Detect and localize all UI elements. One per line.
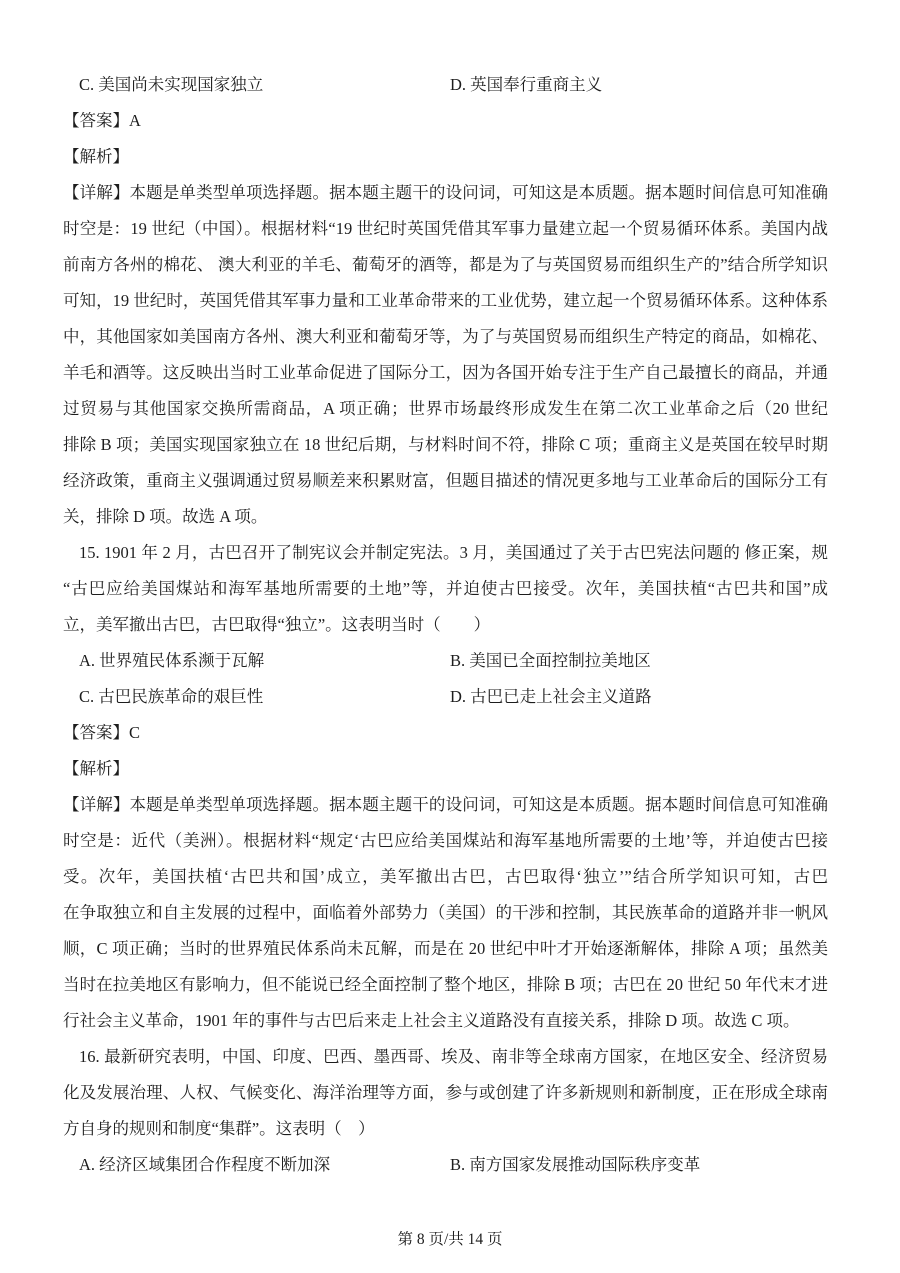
- question-14-detail-line: 前南方各州的棉花、 澳大利亚的羊毛、葡萄牙的酒等，都是为了与英国贸易而组织生产的…: [63, 247, 828, 283]
- question-16-option-a: A. 经济区域集团合作程度不断加深: [79, 1155, 330, 1174]
- question-15-detail-line: 行社会主义革命，1901 年的事件与古巴后来走上社会主义道路没有直接关系，排除 …: [63, 1003, 828, 1039]
- question-14-detail-line: 羊毛和酒等。这反映出当时工业革命促进了国际分工，因为各国开始专注于生产自己最擅长…: [63, 355, 828, 391]
- document-page: C. 美国尚未实现国家独立 D. 英国奉行重商主义 【答案】A 【解析】 【详解…: [0, 0, 900, 1273]
- question-14-detail-line: 中，其他国家如美国南方各州、澳大利亚和葡萄牙等，为了与英国贸易而组织生产特定的商…: [63, 319, 828, 355]
- question-15-options-row-1: A. 世界殖民体系濒于瓦解 B. 美国已全面控制拉美地区: [63, 643, 828, 679]
- question-14-analysis-label: 【解析】: [63, 139, 828, 175]
- question-16-options-row: A. 经济区域集团合作程度不断加深 B. 南方国家发展推动国际秩序变革: [63, 1147, 828, 1183]
- question-14-option-d: D. 英国奉行重商主义: [450, 67, 602, 103]
- answer-label: 【答案】: [63, 111, 129, 130]
- question-15-option-a: A. 世界殖民体系濒于瓦解: [79, 651, 264, 670]
- question-14-detail-line: 排除 B 项；美国实现国家独立在 18 世纪后期，与材料时间不符，排除 C 项；…: [63, 427, 828, 463]
- question-15-option-b: B. 美国已全面控制拉美地区: [450, 643, 651, 679]
- question-15-analysis-label: 【解析】: [63, 751, 828, 787]
- question-15-detail-line: 受。次年，美国扶植‘古巴共和国’成立，美军撤出古巴，古巴取得‘独立’”结合所学知…: [63, 859, 828, 895]
- question-14-detail-line: 关，排除 D 项。故选 A 项。: [63, 499, 828, 535]
- page-footer: 第 8 页/共 14 页: [0, 1229, 900, 1251]
- question-15-detail-line: 当时在拉美地区有影响力，但不能说已经全面控制了整个地区，排除 B 项；古巴在 2…: [63, 967, 828, 1003]
- question-15-option-c: C. 古巴民族革命的艰巨性: [79, 687, 263, 706]
- question-16-stem-line: 16. 最新研究表明，中国、印度、巴西、墨西哥、埃及、南非等全球南方国家，在地区…: [63, 1039, 828, 1075]
- question-15-detail-line: 顺，C 项正确；当时的世界殖民体系尚未瓦解，而是在 20 世纪中叶才开始逐渐解体…: [63, 931, 828, 967]
- question-15-stem-line: 立，美军撤出古巴，古巴取得“独立”。这表明当时（ ）: [63, 607, 828, 643]
- question-16-stem-line: 化及发展治理、人权、气候变化、海洋治理等方面，参与或创建了许多新规则和新制度，正…: [63, 1075, 828, 1111]
- answer-value: C: [129, 723, 140, 742]
- question-15-stem-line: “古巴应给美国煤站和海军基地所需要的土地”等，并迫使古巴接受。次年，美国扶植“古…: [63, 571, 828, 607]
- answer-label: 【答案】: [63, 723, 129, 742]
- question-14-detail-line: 过贸易与其他国家交换所需商品，A 项正确；世界市场最终形成发生在第二次工业革命之…: [63, 391, 828, 427]
- question-15-option-d: D. 古巴已走上社会主义道路: [450, 679, 652, 715]
- page-content: C. 美国尚未实现国家独立 D. 英国奉行重商主义 【答案】A 【解析】 【详解…: [0, 0, 900, 1183]
- answer-value: A: [129, 111, 141, 130]
- question-14-detail-line: 经济政策，重商主义强调通过贸易顺差来积累财富，但题目描述的情况更多地与工业革命后…: [63, 463, 828, 499]
- question-14-detail-line: 【详解】本题是单类型单项选择题。据本题主题干的设问词，可知这是本质题。据本题时间…: [63, 175, 828, 211]
- page-number-indicator: 第 8 页/共 14 页: [397, 1231, 502, 1248]
- question-14-options-row: C. 美国尚未实现国家独立 D. 英国奉行重商主义: [63, 67, 828, 103]
- question-14-answer: 【答案】A: [63, 103, 828, 139]
- question-15-detail-line: 时空是：近代（美洲）。根据材料“规定‘古巴应给美国煤站和海军基地所需要的土地’等…: [63, 823, 828, 859]
- question-14-option-c: C. 美国尚未实现国家独立: [79, 75, 263, 94]
- question-16-option-b: B. 南方国家发展推动国际秩序变革: [450, 1147, 700, 1183]
- question-14-detail-line: 可知，19 世纪时，英国凭借其军事力量和工业革命带来的工业优势，建立起一个贸易循…: [63, 283, 828, 319]
- question-14-detail-line: 时空是：19 世纪（中国）。根据材料“19 世纪时英国凭借其军事力量建立起一个贸…: [63, 211, 828, 247]
- question-15-detail-line: 【详解】本题是单类型单项选择题。据本题主题干的设问词，可知这是本质题。据本题时间…: [63, 787, 828, 823]
- question-15-options-row-2: C. 古巴民族革命的艰巨性 D. 古巴已走上社会主义道路: [63, 679, 828, 715]
- question-15-stem-line: 15. 1901 年 2 月，古巴召开了制宪议会并制定宪法。3 月，美国通过了关…: [63, 535, 828, 571]
- question-15-answer: 【答案】C: [63, 715, 828, 751]
- question-16-stem-line: 方自身的规则和制度“集群”。这表明（ ）: [63, 1111, 828, 1147]
- question-15-detail-line: 在争取独立和自主发展的过程中，面临着外部势力（美国）的干涉和控制，其民族革命的道…: [63, 895, 828, 931]
